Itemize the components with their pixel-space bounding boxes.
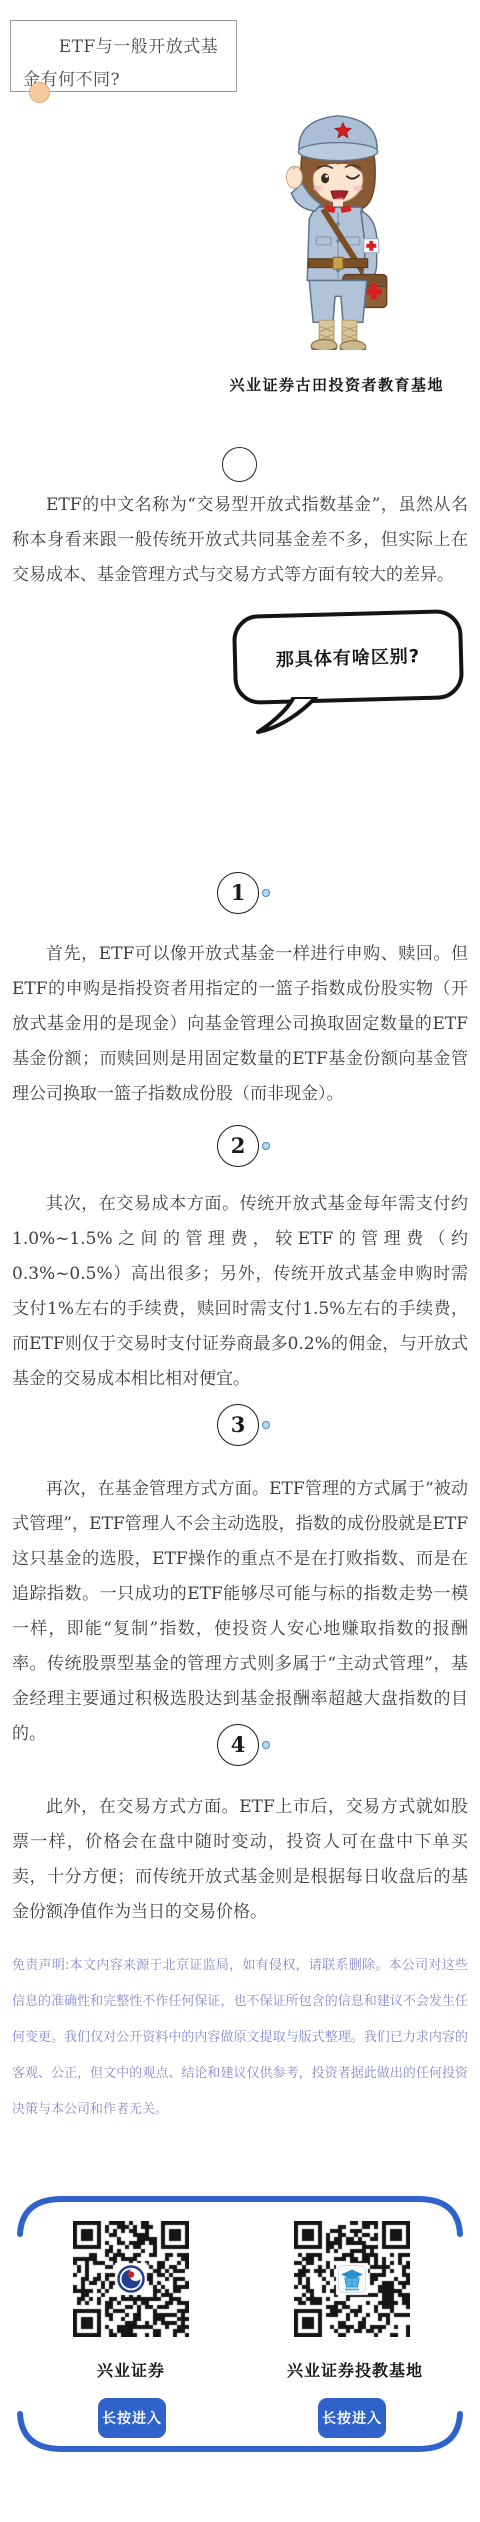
trousers <box>309 281 367 323</box>
red-army-nurse-mascot-illustration <box>262 92 414 350</box>
section-paragraph: 其次，在交易成本方面。传统开放式基金每年需支付约1.0%~1.5%之间的管理费，… <box>12 1187 468 1397</box>
intro-paragraph: ETF的中文名称为“交易型开放式指数基金”，虽然从名称本身看来跟一般传统开放式共… <box>12 488 468 593</box>
disclaimer-text: 免责声明:本文内容来源于北京证监局，如有侵权，请联系删除。本公司对这些信息的准确… <box>12 1948 468 2128</box>
shoe <box>340 341 366 350</box>
qr-right-wrap <box>294 2221 410 2337</box>
section-paragraph: 首先，ETF可以像开放式基金一样进行申购、赎回。但ETF的申购是指投资者用指定的… <box>12 937 468 1112</box>
long-press-enter-button-right[interactable]: 长按进入 <box>318 2398 386 2438</box>
shoe <box>311 340 337 350</box>
belt-buckle <box>333 257 343 269</box>
speech-bubble-text: 那具体有啥区别? <box>275 642 420 672</box>
red-cross-icon <box>366 244 376 248</box>
section-number-badge: 3 <box>217 1404 259 1446</box>
blue-dot-icon <box>262 1421 270 1429</box>
open-eye <box>321 173 329 183</box>
blue-dot-icon <box>262 1142 270 1150</box>
title-card: ETF与一般开放式基金有何不同? <box>10 20 237 92</box>
section-number-badge: 1 <box>217 872 259 914</box>
qr-right-label: 兴业证券投教基地 <box>270 2358 440 2381</box>
blush <box>313 185 323 191</box>
blue-dot-icon <box>262 1741 270 1749</box>
red-cross-icon <box>366 288 382 294</box>
speech-bubble: 那具体有啥区别? <box>232 609 464 705</box>
qr-left-wrap <box>73 2221 189 2337</box>
article-page: ETF与一般开放式基金有何不同? <box>0 0 480 2522</box>
section-paragraph: 此外，在交易方式方面。ETF上市后，交易方式就如股票一样，价格会在盘中随时变动，… <box>12 1790 468 1930</box>
section-number-badge: 2 <box>217 1125 259 1167</box>
article-title: ETF与一般开放式基金有何不同? <box>23 31 219 97</box>
blue-dot-icon <box>262 889 270 897</box>
org-name: 兴业证券古田投资者教育基地 <box>229 374 444 395</box>
cube-logo-icon <box>338 2265 366 2297</box>
qr-footer-card: 兴业证券 兴业证券投教基地 长按进入 长按进入 <box>10 2190 470 2458</box>
eye-glint <box>325 175 328 178</box>
divider-circle-icon <box>222 447 257 482</box>
blush <box>353 185 363 191</box>
section-number-badge: 4 <box>217 1724 259 1766</box>
long-press-enter-button-left[interactable]: 长按进入 <box>98 2398 166 2438</box>
chest-pocket <box>316 237 331 245</box>
speech-bubble-tail <box>256 697 320 737</box>
swirl-logo-icon <box>117 2265 145 2297</box>
qr-left-label: 兴业证券 <box>73 2358 189 2381</box>
orange-dot-icon <box>29 82 50 103</box>
section-paragraph: 再次，在基金管理方式方面。ETF管理的方式属于“被动式管理”，ETF管理人不会主… <box>12 1472 468 1752</box>
cap-brim <box>298 143 377 161</box>
